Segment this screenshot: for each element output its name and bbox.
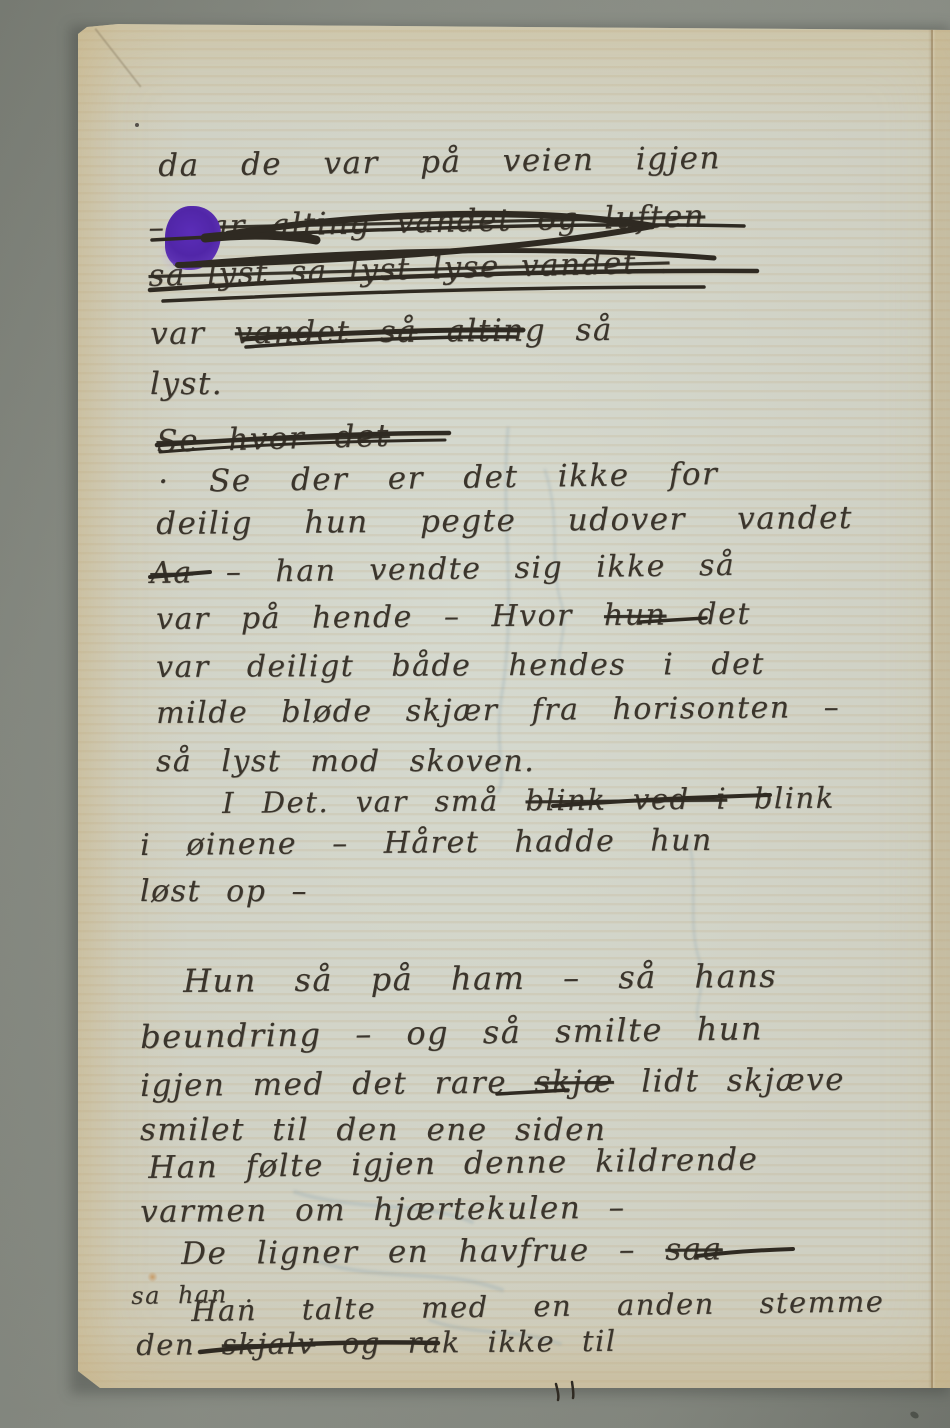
backdrop-speck xyxy=(909,1410,920,1420)
paper-speck xyxy=(135,123,139,127)
corner-crease xyxy=(94,28,141,88)
fold-crease xyxy=(931,24,933,1388)
paper-stain xyxy=(147,1272,158,1282)
photo-backdrop: da de var på veien igjen– var alting van… xyxy=(0,0,950,1428)
